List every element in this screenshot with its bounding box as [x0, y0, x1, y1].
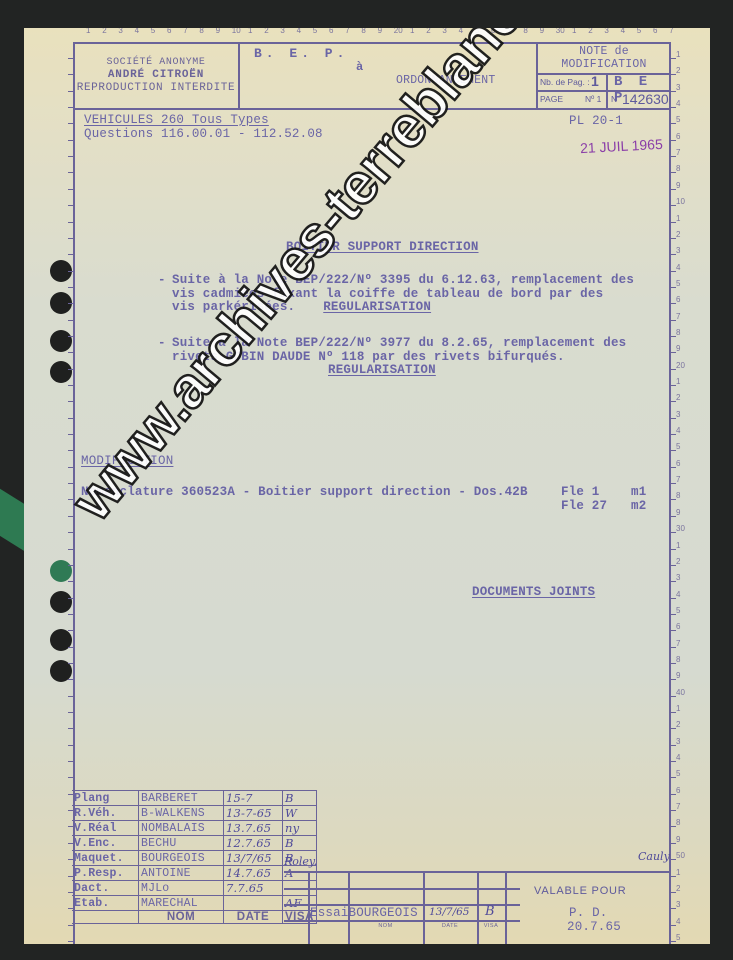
ruler-tick-label: 8	[676, 818, 680, 827]
signoff-row: Dact.MJLo7.7.65	[72, 881, 316, 896]
ruler-tick	[68, 728, 74, 729]
signoff-role: Etab.	[72, 896, 139, 911]
ruler-tick	[68, 777, 74, 778]
signoff-row: Etab.MARECHALAF	[72, 896, 316, 911]
ruler-tick-label: 6	[329, 28, 333, 35]
questions-line: Questions 116.00.01 - 112.52.08	[84, 127, 323, 141]
pl-reference: PL 20-1	[569, 114, 623, 128]
ruler-tick-label: 10	[676, 197, 685, 206]
ruler-tick	[68, 581, 74, 582]
signoff-row: Maquet.BOURGEOIS13/7/65B	[72, 851, 316, 866]
ruler-tick-label: 7	[676, 639, 680, 648]
ruler-tick-label: 6	[676, 295, 680, 304]
ruler-tick-label: 4	[297, 28, 301, 35]
ruler-tick	[68, 238, 74, 239]
signoff-row: V.Enc.BECHU12.7.65B	[72, 836, 316, 851]
ruler-tick	[68, 532, 74, 533]
signoff-date: 13.7.65	[224, 821, 283, 836]
ruler-tick-label: 4	[676, 99, 680, 108]
to-service: ORDONNANCEMENT	[396, 74, 495, 87]
ruler-tick-label: 7	[676, 312, 680, 321]
ruler-tick-label: 2	[588, 28, 592, 35]
signoff-name: BECHU	[139, 836, 224, 851]
signature-right: Cauly	[638, 850, 670, 863]
page-number-label: Nº 1	[585, 94, 601, 104]
nb-pages-label: Nb. de Pag. :	[540, 77, 590, 87]
ruler-tick-label: 6	[676, 622, 680, 631]
signoff-name: ANTOINE	[139, 866, 224, 881]
ruler-tick-label: 8	[199, 28, 203, 35]
right-margin-line	[669, 42, 671, 944]
ruler-tick-label: 10	[232, 28, 241, 35]
signoff-date	[224, 896, 283, 911]
ruler-tick-label: 7	[669, 28, 673, 35]
nomenclature-line: Nomenclature 360523A - Boitier support d…	[81, 485, 528, 499]
ruler-tick-label: 2	[676, 720, 680, 729]
ruler-tick	[68, 254, 74, 255]
ruler-tick	[68, 401, 74, 402]
ruler-tick-label: 9	[540, 28, 544, 35]
ruler-tick-label: 3	[604, 28, 608, 35]
signoff-date: 13/7/65	[224, 851, 283, 866]
reproduction-notice: REPRODUCTION INTERDITE	[74, 82, 238, 95]
signoff-name: B-WALKENS	[139, 806, 224, 821]
column-label: NOM	[139, 911, 224, 924]
document-header: SOCIÉTÉ ANONYME ANDRÉ CITROËN REPRODUCTI…	[74, 42, 670, 108]
note-number-label: N	[611, 94, 617, 104]
ruler-tick-label: 40	[676, 688, 685, 697]
note-title: NOTE de MODIFICATION	[536, 45, 672, 71]
ruler-tick-label: 5	[313, 28, 317, 35]
signoff-row: PlangBARBERET15-7B	[72, 791, 316, 806]
ruler-tick-label: 4	[676, 590, 680, 599]
page-label: PAGE	[540, 94, 563, 104]
ruler-tick-label: 5	[676, 442, 680, 451]
item-1: - Suite à la Note BEP/222/Nº 3395 du 6.1…	[158, 274, 166, 288]
ruler-tick-label: 3	[118, 28, 122, 35]
vehicle-line: VEHICULES 260 Tous Types	[84, 113, 269, 127]
signoff-visa: B	[283, 836, 317, 851]
ruler-tick	[68, 418, 74, 419]
punch-hole-icon	[50, 629, 72, 651]
ruler-tick	[68, 712, 74, 713]
ruler-tick-label: 6	[676, 786, 680, 795]
ruler-tick	[68, 941, 74, 942]
regularisation-tag: REGULARISATION	[323, 300, 431, 314]
ruler-tick	[68, 810, 74, 811]
ruler-tick	[68, 385, 74, 386]
ruler-tick	[68, 352, 74, 353]
ruler-tick	[68, 745, 74, 746]
ruler-tick	[68, 565, 74, 566]
ruler-tick	[68, 303, 74, 304]
signoff-table: PlangBARBERET15-7BR.Véh.B-WALKENS13-7-65…	[72, 790, 317, 924]
essai-date: 13/7/65	[429, 906, 469, 918]
ruler-tick-label: 7	[507, 28, 511, 35]
ruler-tick-label: 3	[676, 900, 680, 909]
ruler-tick-label: 5	[676, 933, 680, 942]
ruler-tick-label: 3	[676, 83, 680, 92]
signoff-role: Dact.	[72, 881, 139, 896]
ruler-tick-label: 30	[556, 28, 565, 35]
ruler-tick-label: 5	[676, 606, 680, 615]
ruler-tick	[68, 172, 74, 173]
ruler-tick-label: 2	[676, 66, 680, 75]
signoff-role: V.Réal	[72, 821, 139, 836]
ruler-tick	[68, 189, 74, 190]
ruler-tick-label: 5	[676, 279, 680, 288]
valable-pour-label: VALABLE POUR	[534, 885, 627, 897]
ruler-tick-label: 3	[280, 28, 284, 35]
signoff-role: P.Resp.	[72, 866, 139, 881]
documents-joints: DOCUMENTS JOINTS	[472, 585, 595, 599]
ruler-tick	[68, 679, 74, 680]
ruler-tick	[68, 434, 74, 435]
ruler-tick	[68, 614, 74, 615]
signoff-date: 12.7.65	[224, 836, 283, 851]
ruler-tick-label: 2	[676, 230, 680, 239]
ruler-tick	[68, 271, 74, 272]
ruler-tick-label: 7	[676, 802, 680, 811]
ruler-tick	[68, 516, 74, 517]
signoff-date: 13-7-65	[224, 806, 283, 821]
ruler-tick-label: 2	[676, 393, 680, 402]
ruler-tick	[68, 369, 74, 370]
signoff-role: R.Véh.	[72, 806, 139, 821]
ruler-tick	[68, 205, 74, 206]
ruler-tick-label: 8	[676, 491, 680, 500]
to-word: à	[356, 60, 363, 74]
company-block: SOCIÉTÉ ANONYME ANDRÉ CITROËN REPRODUCTI…	[74, 42, 238, 108]
signoff-date: 7.7.65	[224, 881, 283, 896]
essai-label: EssaiBOURGEOIS	[310, 906, 418, 920]
signoff-name: BOURGEOIS	[139, 851, 224, 866]
company-name: ANDRÉ CITROËN	[74, 69, 238, 82]
ruler-tick-label: 4	[621, 28, 625, 35]
ruler-tick-label: 1	[676, 377, 680, 386]
signoff-date: 15-7	[224, 791, 283, 806]
regularisation-tag: REGULARISATION	[328, 364, 626, 378]
signoff-role: Plang	[72, 791, 139, 806]
ruler-tick-label: 7	[676, 148, 680, 157]
ruler-tick-label: 6	[653, 28, 657, 35]
ruler-tick-label: 4	[676, 753, 680, 762]
ruler-tick-label: 8	[676, 164, 680, 173]
document-page: 1234567891012345678920123456789301234567…	[24, 28, 710, 944]
ruler-tick-label: 5	[637, 28, 641, 35]
ruler-tick-label: 4	[676, 917, 680, 926]
ruler-tick	[68, 336, 74, 337]
ruler-tick	[68, 91, 74, 92]
ruler-tick	[68, 450, 74, 451]
date-stamp: 21 JUIL 1965	[580, 136, 663, 156]
ruler-tick	[68, 908, 74, 909]
signoff-row: R.Véh.B-WALKENS13-7-65W	[72, 806, 316, 821]
subject-title: BOITIER SUPPORT DIRECTION	[286, 240, 479, 254]
ruler-tick	[68, 499, 74, 500]
ruler-tick-label: 3	[676, 573, 680, 582]
ruler-tick-label: 6	[676, 132, 680, 141]
ruler-tick	[68, 140, 74, 141]
signoff-name: NOMBALAIS	[139, 821, 224, 836]
ruler-tick-label: 6	[676, 459, 680, 468]
top-ruler: 1234567891012345678920123456789301234567	[74, 28, 674, 40]
ruler-tick	[68, 123, 74, 124]
punch-hole-icon	[50, 560, 72, 582]
ruler-tick	[68, 761, 74, 762]
ruler-tick-label: 4	[676, 426, 680, 435]
note-number-value: 142630	[622, 91, 669, 107]
signoff-visa: ny	[283, 821, 317, 836]
ruler-tick-label: 20	[394, 28, 403, 35]
ruler-tick	[68, 859, 74, 860]
signoff-name: MJLo	[139, 881, 224, 896]
ruler-tick-label: 9	[216, 28, 220, 35]
ruler-tick-label: 3	[442, 28, 446, 35]
valable-pour-value: P. D.	[569, 906, 608, 920]
signoff-role: V.Enc.	[72, 836, 139, 851]
ruler-tick-label: 20	[676, 361, 685, 370]
ruler-tick-label: 30	[676, 524, 685, 533]
ruler-tick	[68, 794, 74, 795]
ruler-tick-label: 1	[676, 214, 680, 223]
ruler-tick-label: 1	[676, 704, 680, 713]
ruler-tick	[68, 696, 74, 697]
essai-visa: B	[485, 904, 495, 919]
company-line-1: SOCIÉTÉ ANONYME	[74, 56, 238, 69]
column-label: DATE	[224, 911, 283, 924]
punch-hole-icon	[50, 591, 72, 613]
ruler-tick	[68, 483, 74, 484]
signoff-row: V.RéalNOMBALAIS13.7.65ny	[72, 821, 316, 836]
ruler-tick-label: 3	[676, 410, 680, 419]
modification-heading: MODIFICATION	[81, 454, 173, 468]
ruler-tick-label: 9	[676, 835, 680, 844]
ruler-tick	[68, 549, 74, 550]
ruler-tick-label: 8	[361, 28, 365, 35]
ruler-tick-label: 8	[676, 328, 680, 337]
ruler-tick-label: 8	[676, 655, 680, 664]
ruler-tick	[68, 222, 74, 223]
ruler-tick-label: 2	[676, 557, 680, 566]
signoff-row: P.Resp.ANTOINE14.7.65A	[72, 866, 316, 881]
sheet-2: Fle 27	[561, 499, 607, 513]
ruler-tick	[68, 630, 74, 631]
ruler-tick	[68, 467, 74, 468]
ruler-tick-label: 1	[410, 28, 414, 35]
from-service: B. E. P.	[254, 46, 348, 61]
ruler-tick-label: 5	[676, 769, 680, 778]
ruler-tick-label: 4	[135, 28, 139, 35]
ruler-tick	[68, 663, 74, 664]
ruler-tick-label: 5	[151, 28, 155, 35]
ruler-tick	[68, 843, 74, 844]
ruler-tick-label: 7	[345, 28, 349, 35]
ruler-tick-label: 9	[676, 671, 680, 680]
column-label	[72, 911, 139, 924]
ruler-tick	[68, 647, 74, 648]
ruler-tick-label: 1	[676, 541, 680, 550]
ruler-tick-label: 6	[167, 28, 171, 35]
sheet-1: Fle 1	[561, 485, 600, 499]
punch-hole-icon	[50, 330, 72, 352]
signoff-visa: B	[283, 791, 317, 806]
ruler-tick-label: 9	[676, 181, 680, 190]
ruler-tick-label: 1	[676, 868, 680, 877]
sheet-2-mod: m2	[631, 499, 646, 513]
ruler-tick	[68, 107, 74, 108]
sheet-1-mod: m1	[631, 485, 646, 499]
ruler-tick	[68, 876, 74, 877]
ruler-tick-label: 2	[264, 28, 268, 35]
signoff-visa: W	[283, 806, 317, 821]
ruler-tick-label: 1	[248, 28, 252, 35]
item-2: - Suite à la Note BEP/222/Nº 3977 du 8.2…	[158, 337, 166, 351]
ruler-tick	[68, 74, 74, 75]
handwritten-note: Roley.	[284, 855, 317, 868]
ruler-tick-label: 1	[572, 28, 576, 35]
header-bottom-line	[73, 108, 670, 110]
punch-hole-icon	[50, 361, 72, 383]
ruler-tick-label: 4	[459, 28, 463, 35]
ruler-tick	[68, 598, 74, 599]
ruler-tick-label: 4	[676, 263, 680, 272]
ruler-tick-label: 2	[426, 28, 430, 35]
ruler-tick-label: 6	[491, 28, 495, 35]
ruler-tick-label: 9	[378, 28, 382, 35]
ruler-tick	[68, 156, 74, 157]
ruler-tick-label: 1	[86, 28, 90, 35]
ruler-tick	[68, 58, 74, 59]
ruler-tick-label: 7	[676, 475, 680, 484]
ruler-tick-label: 9	[676, 344, 680, 353]
ruler-tick-label: 5	[475, 28, 479, 35]
ruler-tick	[68, 925, 74, 926]
ruler-tick	[68, 826, 74, 827]
ruler-tick-label: 50	[676, 851, 685, 860]
signoff-name: MARECHAL	[139, 896, 224, 911]
ruler-tick-label: 7	[183, 28, 187, 35]
signoff-date: 14.7.65	[224, 866, 283, 881]
ruler-tick-label: 2	[676, 884, 680, 893]
ruler-tick-label: 9	[676, 508, 680, 517]
ruler-tick	[68, 287, 74, 288]
signoff-role: Maquet.	[72, 851, 139, 866]
ruler-tick-label: 2	[102, 28, 106, 35]
ruler-tick-label: 3	[676, 246, 680, 255]
ruler-tick-label: 8	[523, 28, 527, 35]
ruler-tick-label: 5	[676, 115, 680, 124]
nb-pages-value: 1	[591, 73, 599, 89]
valable-date: 20.7.65	[567, 920, 621, 934]
ruler-tick-label: 3	[676, 737, 680, 746]
signoff-name: BARBERET	[139, 791, 224, 806]
ruler-tick-label: 1	[676, 50, 680, 59]
ruler-tick	[68, 320, 74, 321]
ruler-tick	[68, 892, 74, 893]
